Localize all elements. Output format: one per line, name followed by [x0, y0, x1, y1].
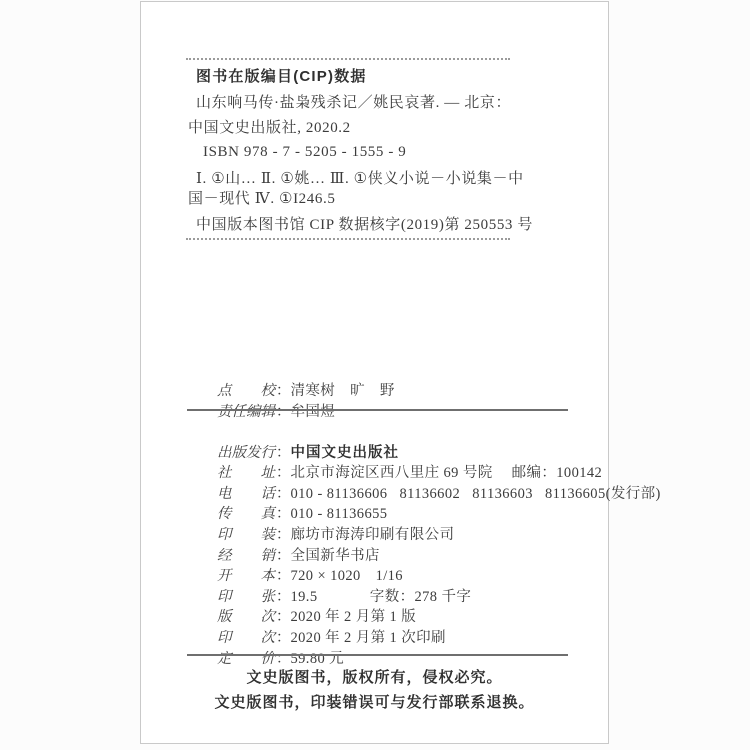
editor-row: 点 校：清寒树 旷 野	[188, 360, 598, 381]
cip-divider-top	[186, 58, 510, 60]
colon: ：	[276, 486, 291, 502]
field-label: 经 销	[217, 546, 276, 567]
colon: ：	[276, 465, 291, 481]
cip-line-record-number: 中国版本图书馆 CIP 数据核字(2019)第 250553 号	[196, 218, 533, 233]
field-value: 010 - 81136655	[291, 506, 388, 522]
cip-line-title-author: 山东响马传·盐枭残杀记／姚民哀著. — 北京：	[196, 96, 511, 111]
colon: ：	[276, 527, 291, 543]
colon: ：	[276, 383, 291, 399]
colon: ：	[276, 506, 291, 522]
field-value: 2020 年 2 月第 1 版	[291, 609, 417, 625]
colon: ：	[276, 609, 291, 625]
divider-rule-top	[187, 409, 568, 411]
colon: ：	[276, 404, 291, 420]
field-value: 全国新华书店	[291, 548, 380, 564]
field-label: 印 装	[217, 525, 276, 546]
cip-line-classification-2: 国－现代 Ⅳ. ①I246.5	[188, 192, 335, 207]
cip-divider-bottom	[186, 238, 510, 240]
screenshot-canvas: 图书在版编目(CIP)数据 山东响马传·盐枭残杀记／姚民哀著. — 北京： 中国…	[0, 0, 750, 750]
field-label: 开 本	[217, 566, 276, 587]
cip-line-isbn: ISBN 978 - 7 - 5205 - 1555 - 9	[203, 145, 406, 160]
field-value: 中国文史出版社	[291, 445, 400, 461]
colon: ：	[276, 445, 291, 461]
exchange-notice: 文史版图书，印装错误可与发行部联系退换。	[141, 695, 608, 710]
field-label: 点 校	[217, 381, 276, 402]
field-label: 传 真	[217, 504, 276, 525]
field-label: 印 张	[217, 587, 276, 608]
publishing-block: 出版发行：中国文史出版社 社 址：北京市海淀区西八里庄 69 号院 邮编：100…	[188, 422, 598, 649]
field-label: 版 次	[217, 607, 276, 628]
cip-heading: 图书在版编目(CIP)数据	[196, 69, 367, 84]
field-label: 定 价	[217, 649, 276, 670]
copyright-notice: 文史版图书，版权所有，侵权必究。	[141, 670, 608, 685]
field-value: 010 - 81136606 81136602 81136603 8113660…	[291, 486, 661, 502]
divider-rule-bottom	[187, 654, 568, 656]
editors-block: 点 校：清寒树 旷 野 责任编辑：牟国煜	[188, 360, 598, 402]
colon: ：	[276, 630, 291, 646]
field-value: 19.5 字数：278 千字	[291, 589, 472, 605]
field-label: 电 话	[217, 484, 276, 505]
field-label: 社 址	[217, 463, 276, 484]
field-value: 清寒树 旷 野	[291, 383, 395, 399]
colon: ：	[276, 589, 291, 605]
book-copyright-page: 图书在版编目(CIP)数据 山东响马传·盐枭残杀记／姚民哀著. — 北京： 中国…	[140, 1, 609, 744]
field-label: 出版发行	[217, 443, 276, 464]
publishing-row: 出版发行：中国文史出版社	[188, 422, 598, 443]
field-label: 印 次	[217, 628, 276, 649]
field-value: 北京市海淀区西八里庄 69 号院 邮编：100142	[291, 465, 603, 481]
colon: ：	[276, 568, 291, 584]
field-value: 2020 年 2 月第 1 次印刷	[291, 630, 446, 646]
field-value: 59.80 元	[291, 651, 345, 667]
field-value: 720 × 1020 1/16	[291, 568, 403, 584]
field-label: 责任编辑	[217, 402, 276, 423]
field-value: 牟国煜	[291, 404, 336, 420]
cip-line-publisher-year: 中国文史出版社, 2020.2	[188, 121, 351, 136]
cip-line-classification-1: Ⅰ. ①山… Ⅱ. ①姚… Ⅲ. ①侠义小说－小说集－中	[196, 172, 524, 187]
colon: ：	[276, 548, 291, 564]
field-value: 廊坊市海涛印刷有限公司	[291, 527, 455, 543]
colon: ：	[276, 651, 291, 667]
